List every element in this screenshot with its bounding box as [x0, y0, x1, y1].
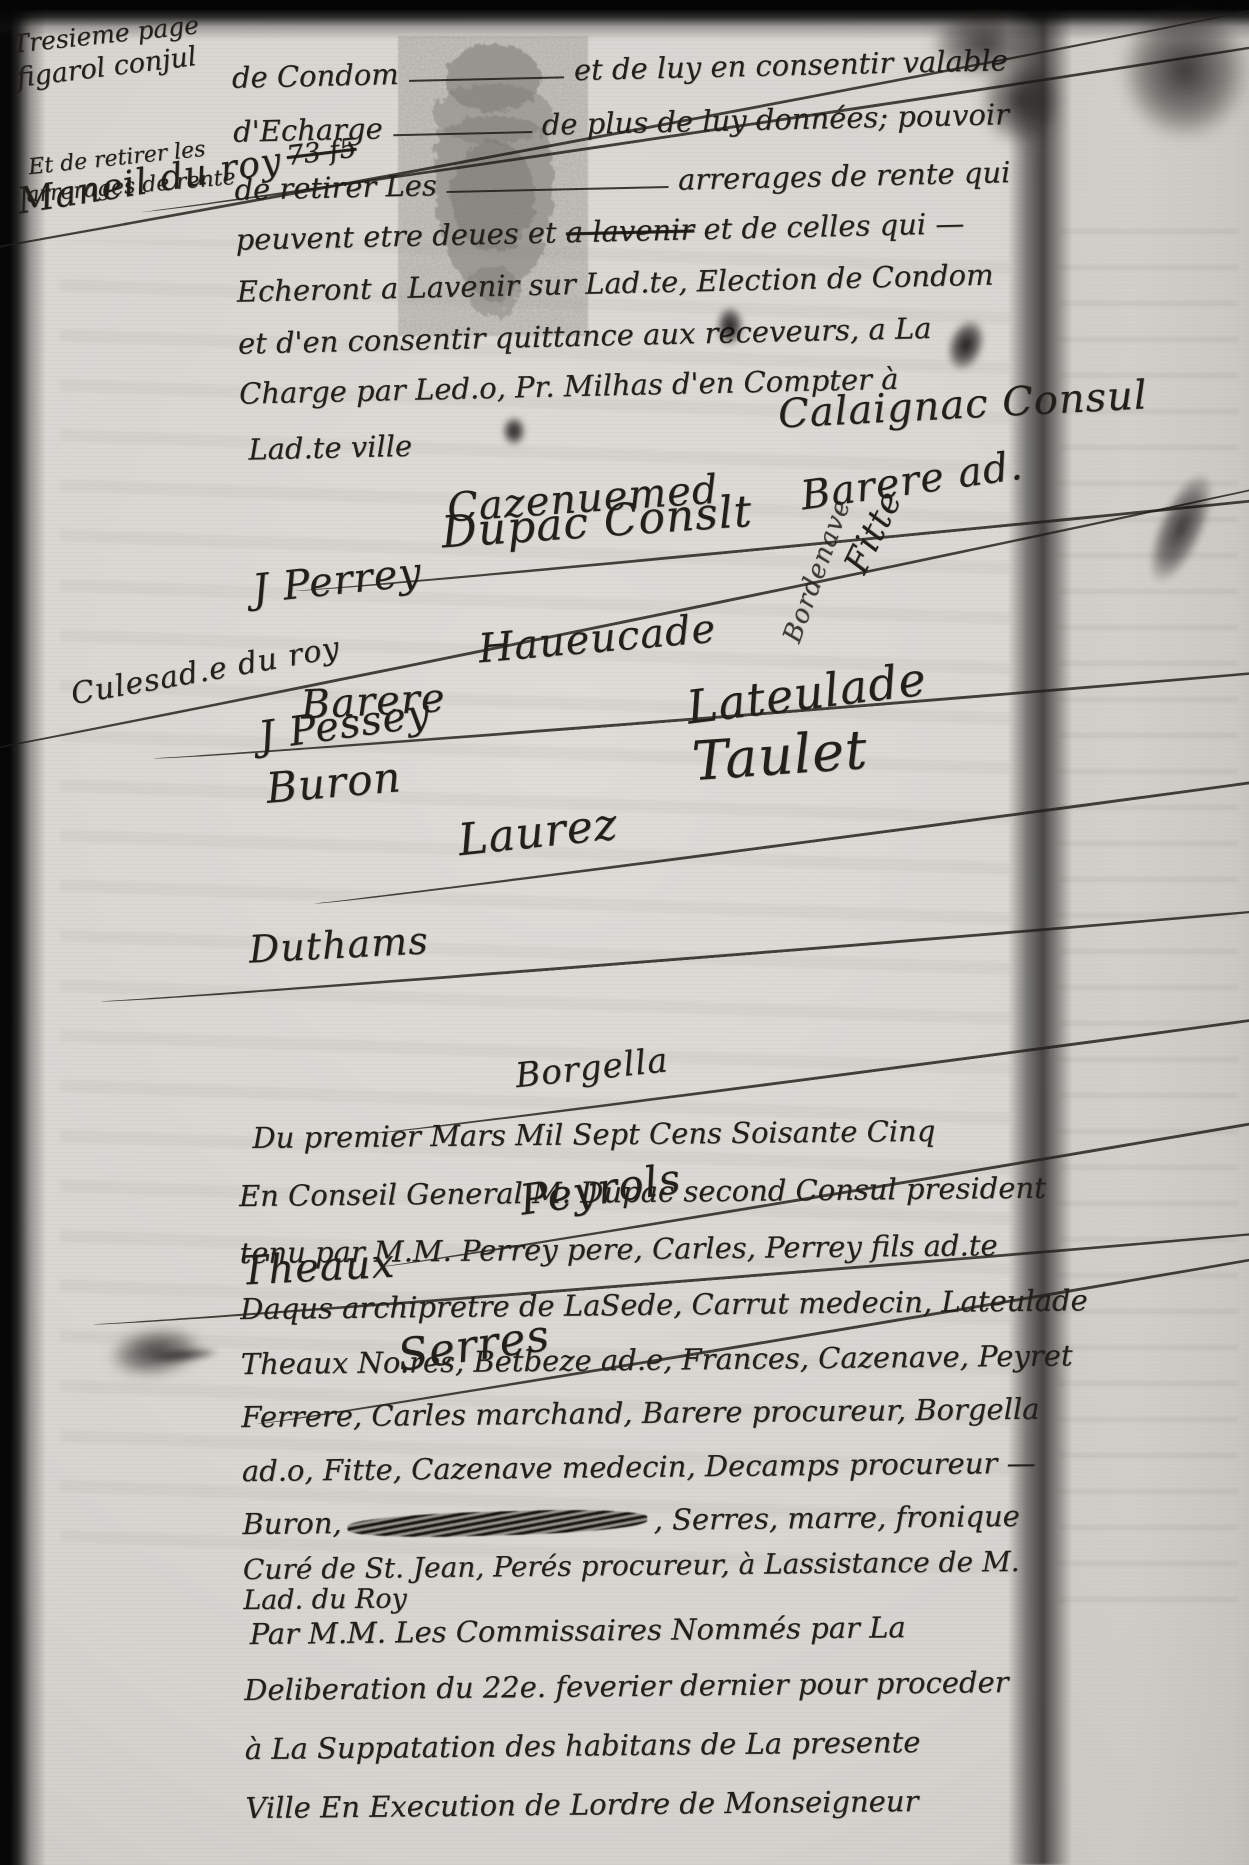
paragraph-line: ad.o, Fitte, Cazenave medecin, Decamps p…: [242, 1446, 1036, 1488]
ruled-dash: [393, 131, 532, 136]
paragraph-line: Par M.M. Les Commissaires Nommés par La: [249, 1610, 905, 1651]
paragraph-line: Du premier Mars Mil Sept Cens Soisante C…: [252, 1114, 935, 1155]
manuscript-page-scan: Tresieme page figarol conjul Maneil du r…: [0, 0, 1249, 1865]
body-text: d'Echarge: [233, 111, 383, 148]
body-text: de retirer Les: [234, 168, 437, 207]
deliberation-paragraph: Du premier Mars Mil Sept Cens Soisante C…: [238, 1101, 1036, 1859]
paragraph-line: Deliberation du 22e. feverier dernier po…: [244, 1665, 1009, 1707]
body-line: de retirer Les arrerages de rente qui: [234, 155, 1011, 207]
paragraph-line: Ferrere, Carles marchand, Barere procure…: [241, 1392, 1039, 1434]
body-text: peuvent etre deues et: [235, 216, 557, 257]
ink-smudge: [1120, 0, 1249, 140]
scribbled-out-text: [347, 1507, 648, 1539]
paragraph-line: Ville En Execution de Lordre de Monseign…: [245, 1784, 918, 1825]
paragraph-text: , Serres, marre, fronique: [653, 1499, 1020, 1537]
paragraph-line: Theaux No.res, Betbeze ad.e, Frances, Ca…: [241, 1338, 1073, 1381]
signature-taulet: Taulet: [690, 718, 870, 793]
body-line: Echeront a Lavenir sur Lad.te, Election …: [236, 258, 993, 309]
paragraph-text: Buron,: [242, 1506, 342, 1541]
body-text: de plus de luy données; pouvoir: [541, 97, 1009, 142]
ink-smudge: [980, 55, 1060, 145]
ink-blot: [716, 306, 744, 346]
book-fore-edge-region: [1052, 0, 1249, 1865]
body-text: arrerages de rente qui: [678, 155, 1011, 197]
struck-text: a lavenir: [565, 212, 694, 249]
body-line: d'Echarge de plus de luy données; pouvoi…: [233, 97, 1010, 149]
paragraph-line: à La Suppatation des habitans de La pres…: [245, 1725, 921, 1766]
paragraph-line: tenu par M.M. Perrey pere, Carles, Perre…: [239, 1228, 997, 1270]
body-line: de Condom et de luy en consentir valable: [232, 43, 1009, 95]
ink-blot: [502, 416, 526, 446]
paragraph-line: Lad. du Roy: [243, 1583, 407, 1616]
body-text: et de celles qui —: [703, 206, 965, 246]
body-line: et d'en consentir quittance aux receveur…: [238, 311, 932, 361]
body-line: peuvent etre deues et a lavenir et de ce…: [235, 206, 964, 257]
body-line: Lad.te ville: [248, 429, 412, 467]
ruled-dash: [447, 186, 668, 193]
paragraph-line: Curé de St. Jean, Perés procureur, à Las…: [243, 1545, 1020, 1586]
ruled-dash: [409, 76, 564, 82]
paragraph-line: Buron,, Serres, marre, fronique: [242, 1499, 1020, 1541]
paragraph-line: En Conseil General M. Dupac second Consu…: [239, 1171, 1046, 1213]
binding-edge-left: [0, 0, 46, 1865]
body-text: de Condom: [232, 57, 400, 95]
paragraph-line: Daqus archipretre de LaSede, Carrut mede…: [240, 1283, 1088, 1326]
